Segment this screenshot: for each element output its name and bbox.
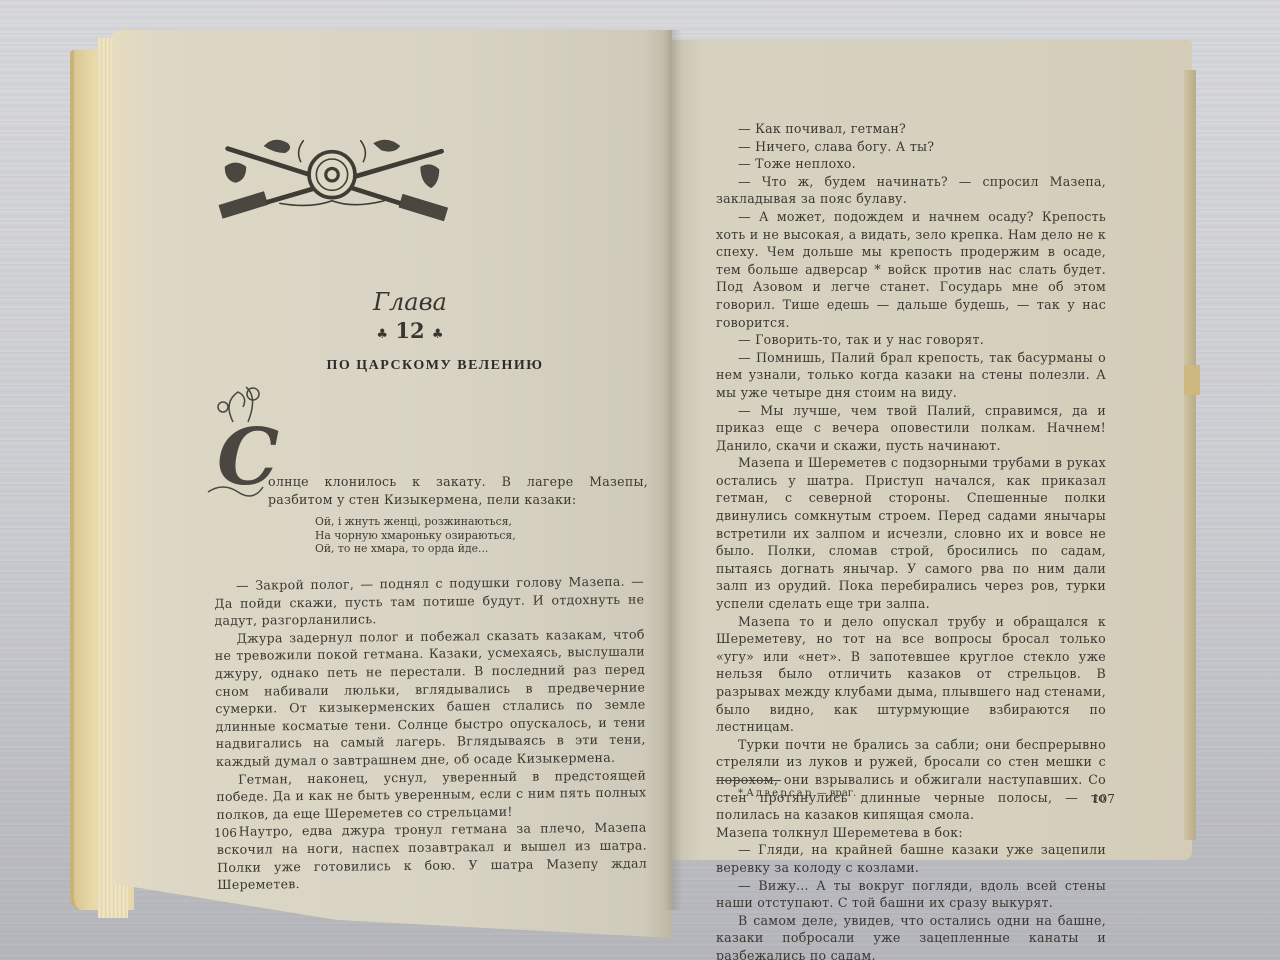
paragraph: — Ничего, слава богу. А ты? <box>716 138 1106 156</box>
paragraph: — Гляди, на крайней башне казаки уже зац… <box>716 841 1106 876</box>
intro-paragraph: олнце клонилось к закату. В лагере Мазеп… <box>268 473 648 508</box>
tape-scrap <box>1184 365 1200 395</box>
paragraph: — Как почивал, гетман? <box>716 120 1106 138</box>
paragraph: Мазепа толкнул Шереметева в бок: <box>716 824 1106 842</box>
footnote-rule <box>716 780 781 781</box>
verse-line: Ой, і жнуть женці, розжинаються, <box>315 515 615 529</box>
page-number-right: 107 <box>1092 792 1115 806</box>
verse-line: На чорную хмароньку озираються, <box>315 529 615 543</box>
paragraph: — Закрой полог, — поднял с подушки голов… <box>214 572 645 629</box>
verse-line: Ой, то не хмара, то орда йде... <box>315 542 615 556</box>
footnote-term: Адверсар <box>746 788 813 799</box>
page-number-left: 106 <box>214 826 237 840</box>
paragraph: — Тоже неплохо. <box>716 155 1106 173</box>
paragraph: — Мы лучше, чем твой Палий, справимся, д… <box>716 402 1106 455</box>
chapter-number-value: 12 <box>395 318 424 343</box>
paragraph: — Говорить-то, так и у нас говорят. <box>716 331 1106 349</box>
footnote-definition: — враг. <box>817 788 857 799</box>
chapter-label: Глава <box>360 288 460 316</box>
paragraph: Мазепа и Шереметев с подзорными трубами … <box>716 454 1106 612</box>
song-verse: Ой, і жнуть женці, розжинаються, На чорн… <box>315 515 615 556</box>
book-gutter <box>664 30 682 910</box>
left-page-body: — Закрой полог, — поднял с подушки голов… <box>214 572 647 893</box>
drop-cap: С <box>203 382 268 502</box>
crossed-muskets-ornament-icon <box>212 100 452 265</box>
page-stack-right <box>1184 70 1196 840</box>
paragraph: Наутро, едва джура тронул гетмана за пле… <box>217 819 648 894</box>
paragraph: — Вижу... А ты вокруг погляди, вдоль все… <box>716 877 1106 912</box>
paragraph: Гетман, наконец, уснул, уверенный в пред… <box>216 766 647 823</box>
fleuron-icon: ♣ <box>376 327 388 342</box>
chapter-title: ПО ЦАРСКОМУ ВЕЛЕНИЮ <box>290 358 580 374</box>
open-book: Глава ♣ 12 ♣ ПО ЦАРСКОМУ ВЕЛЕНИЮ С олнце… <box>0 0 1280 960</box>
chapter-number: ♣ 12 ♣ <box>360 318 460 343</box>
chapter-intro: олнце клонилось к закату. В лагере Мазеп… <box>268 473 648 508</box>
footnote: * Адверсар — враг. <box>738 788 856 799</box>
paragraph: В самом деле, увидев, что остались одни … <box>716 912 1106 960</box>
paragraph: — Помнишь, Палий брал крепость, так басу… <box>716 349 1106 402</box>
paragraph: — Что ж, будем начинать? — спросил Мазеп… <box>716 173 1106 208</box>
footnote-marker: * <box>738 788 746 799</box>
right-page-body: — Как почивал, гетман? — Ничего, слава б… <box>716 120 1106 960</box>
fleuron-icon: ♣ <box>432 327 444 342</box>
paragraph: — А может, подождем и начнем осаду? Креп… <box>716 208 1106 331</box>
paragraph: Джура задернул полог и побежал сказать к… <box>215 625 646 770</box>
paragraph: Мазепа то и дело опускал трубу и обращал… <box>716 613 1106 736</box>
